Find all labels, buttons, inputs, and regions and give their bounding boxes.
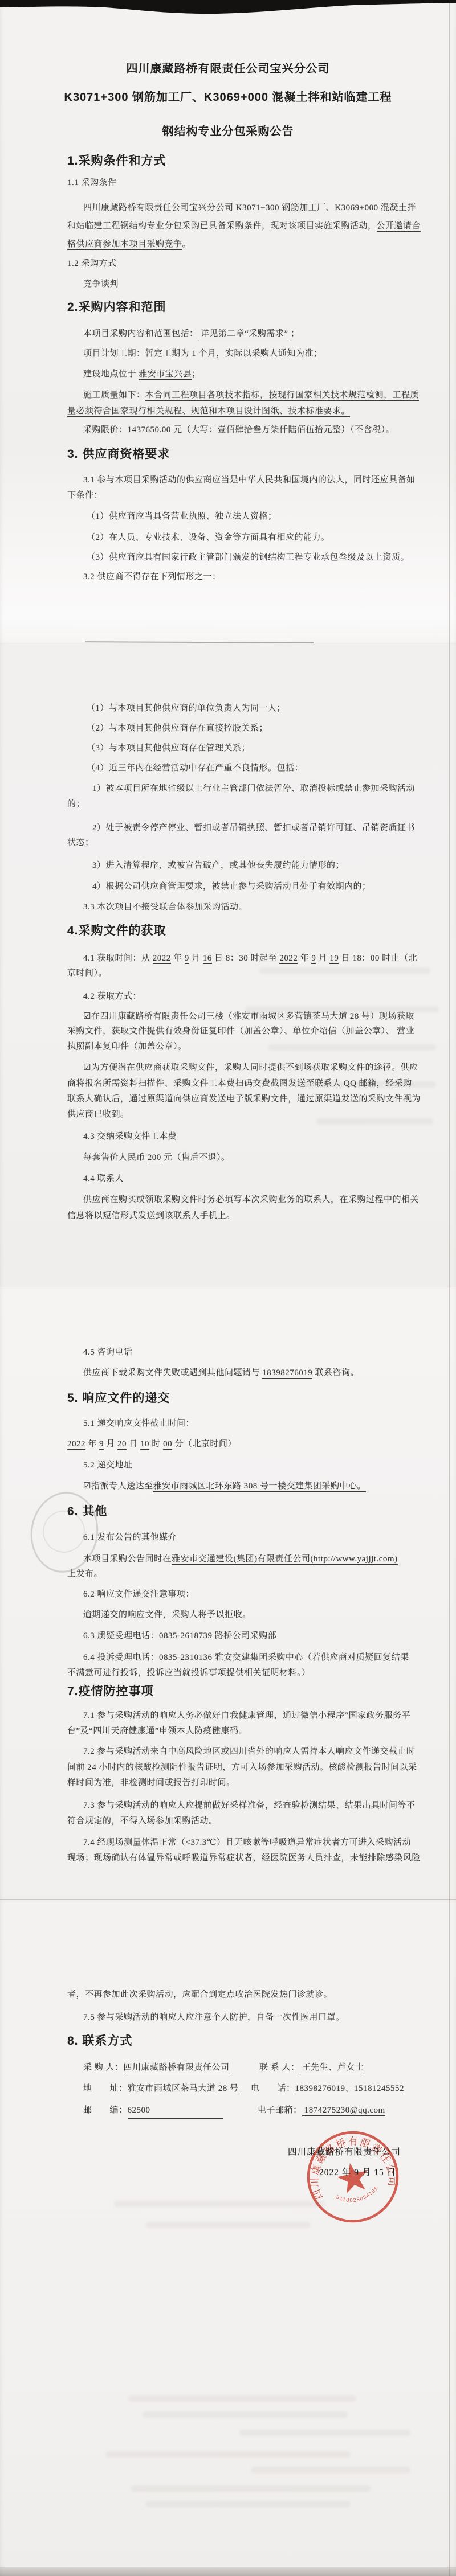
underlined-text: 雅安市雨城区茶马大道 28 号 [128,2084,239,2094]
text-segment: 6.4 投诉受理电话：0835-2310136 雅安交建集团采购中心（若供应商对… [83,1653,409,1662]
text-segment: 间前 24 小时内的核酸检测阴性报告证明，方可入场参加采购活动。核酸检测报告时间… [67,1763,417,1772]
text-line: 逾期递交的响应文件，采购人将予以拒收。 [83,1607,251,1622]
text-line: 执照副本复印件（加盖公章）。 [67,1039,187,1054]
text-line: 7.3 参与采购活动的响应人应提前做好采样准备，经查验检测结果、结果出具时间等不 [83,1798,416,1813]
text-line: 商将报名所需资料扫描件、采购文件工本费扫码交费截图发送至联系人 QQ 邮箱，经采… [67,1076,412,1091]
text-line: 3.1 参与本项目采购活动的供应商应当是中华人民共和国境内的法人，同时还应具备如 [83,473,416,487]
scan-edge-right-line [449,0,450,2576]
text-line: 符合规定的，不得入场参加采购活动。 [67,1814,218,1828]
bleed-through-text [131,2485,370,2492]
text-segment: 采 购 人： [83,2063,124,2072]
page-break-line-3 [0,1899,456,1900]
text-segment: 四川康藏路桥有限责任公司宝兴分公司 K3071+300 钢筋加工厂、K3069+… [83,203,416,212]
text-segment: ； [192,370,201,379]
section-heading: 8. 联系方式 [67,2034,132,2049]
text-segment: 竞争谈判 [83,280,119,289]
text-segment: 7.4 经现场测量体温正常（<37.3℃）且无咳嗽等呼吸道异常症状者方可进入采购… [83,1838,411,1847]
document-page-3: 4.5 咨询电话供应商下载采购文件失败或遇到其他问题请与 18398276019… [0,1287,456,1900]
section-heading: 7.疫情防控事项 [67,1684,154,1699]
text-segment: 3. 供应商资格要求 [67,448,170,461]
text-segment: 本项目采购公告同时在 [83,1554,172,1564]
text-line: 3.2 供应商不得存在下列情形之一： [83,569,221,584]
text-segment: 采购文件，获取文件提供有效身份证复印件（加盖公章）、单位介绍信（加盖公章）、 营… [67,1027,414,1036]
text-line: 4.3 交纳采购文件工本费 [83,1129,177,1144]
text-line: 6.2 响应文件递交注意事项： [83,1587,194,1602]
text-segment: 月 [189,954,203,963]
text-segment: 3.1 参与本项目采购活动的供应商应当是中华人民共和国境内的法人，同时还应具备如 [83,475,416,485]
text-segment: 下条件： [67,491,103,500]
text-line: 每套售价人民币 200 元（售后不退）。 [83,1150,230,1165]
text-segment: 7.5 参与采购活动的响应人应注意个人防护，自备一次性医用口罩。 [83,2013,345,2022]
text-segment: 采购限价：1437650.00 元（大写：壹佰肆拾叁万柒仟陆佰伍拾元整）（不含税… [83,425,394,434]
section-heading: 1.采购条件和方式 [67,154,166,169]
text-line: 的； [67,797,85,811]
text-line: 信息将以短信形式发送到该联系人手机上。 [67,1208,235,1223]
bleed-through-text [239,2430,410,2436]
bleed-through-text [142,2411,348,2418]
text-segment: 建设地点位于 [83,370,139,379]
document-title-line: 四川康藏路桥有限责任公司宝兴分公司 [0,61,456,76]
text-segment: 地 址： [83,2084,128,2093]
text-line: 本项目采购公告同时在雅安市交通建设(集团)有限责任公司(http://www.y… [83,1552,398,1566]
text-line: 4.1 获取时间：从 2022 年 9 月 16 日 8：30 时起至 2022… [83,951,417,966]
text-segment: 状态； [67,838,94,847]
text-segment: 日 8：30 时起至 [212,954,280,963]
text-line: 3.3 本次项目不接受联合体参加采购活动。 [83,900,247,914]
text-segment: 1.2 采购方式 [67,259,117,268]
underlined-text: 9 [99,1439,104,1450]
text-line: 现场；现场确认有体温异常或呼吸道异常症状者，经医院医务人员排查，未能排除感染风险 [67,1851,421,1865]
text-line: 施工质量如下：本合同工程项目各项技术指标，按现行国家相关技术规范检测，工程质 [83,388,419,403]
stamp-number-arc-text: 5118025034105 [334,2184,381,2207]
underlined-text: 200 [148,1153,161,1163]
underlined-text: 2022 [67,1439,85,1450]
text-segment: 4.采购文件的获取 [67,924,166,937]
text-segment: 月 [104,1439,117,1449]
text-segment: （3）与本项目其他供应商存在管理关系； [87,744,250,753]
bleed-through-text [268,1044,436,1051]
underlined-text: 9 [185,954,189,964]
text-segment: 4.4 联系人 [83,1174,124,1183]
underlined-text: 20 [117,1439,127,1450]
text-segment: 4.3 交纳采购文件工本费 [83,1132,177,1141]
text-line: 1.1 采购条件 [67,175,117,190]
text-segment: （4）近三年内在经营活动中存在严重不良情形。包括： [87,764,303,773]
document-title-line: 钢结构专业分包采购公告 [0,124,456,139]
bleed-through-text [259,967,430,974]
text-line: ☑指派专人送达至雅安市雨城区北环东路 308 号一楼交建集团采购中心。 [83,1479,366,1494]
text-segment: （1）供应商应当具备营业执照、独立法人资格； [87,512,277,521]
text-segment: 逾期递交的响应文件，采购人将予以拒收。 [83,1610,251,1619]
text-segment: ☑为方便潜在供应商获取采购文件，采购人同时提供不到场获取采购文件的途径。供应 [83,1063,418,1072]
text-segment: （3）供应商应具有国家行政主管部门颁发的钢结构工程专业承包叁级及以上资质。 [87,553,409,562]
text-segment: 现场；现场确认有体温异常或呼吸道异常症状者，经医院医务人员排查，未能排除感染风险 [67,1853,421,1863]
text-line: 6.4 投诉受理电话：0835-2310136 雅安交建集团采购中心（若供应商对… [83,1650,409,1665]
text-segment: 台”及“四川天府健康通”申领本人防疫健康码。 [67,1726,247,1736]
text-segment: 5.2 递交地址 [83,1461,133,1470]
text-segment: 4.1 获取时间：从 [83,954,153,963]
bleed-through-text [128,2395,356,2402]
text-line: 6.1 发布公告的其他媒介 [83,1530,177,1545]
text-segment: 样时间为准，非检测时间或报告打印时间。 [67,1778,235,1787]
text-segment: 4.5 咨询电话 [83,1348,133,1357]
text-line: 5.1 递交响应文件截止时间： [83,1416,194,1431]
underlined-text: 四川康藏路桥有限责任公司 [124,2063,230,2073]
text-segment: 供应商下载采购文件失败或遇到其他问题请与 [83,1368,262,1377]
text-line: 2022 年 9 月 20 日 10 时 00 分（北京时间） [67,1437,237,1451]
underlined-text: 16 [203,954,212,964]
text-line: 7.5 参与采购活动的响应人应注意个人防护，自备一次性医用口罩。 [83,2010,345,2025]
text-segment: 3.3 本次项目不接受联合体参加采购活动。 [83,903,247,912]
scanned-document: { "document": { "kind": "采购公告 (scanned)"… [0,0,456,2576]
underlined-text: 详见第二章“采购需求” [198,329,291,339]
text-segment: 商将报名所需资料扫描件、采购文件工本费扫码交费截图发送至联系人 QQ 邮箱，经采… [67,1079,412,1088]
underlined-text: 王先生、芦女士 [300,2063,364,2073]
text-segment: 日 18：00 时止（北 [339,954,417,963]
bleed-through-text [105,2451,351,2458]
text-segment: 执照副本复印件（加盖公章）。 [67,1042,187,1051]
text-segment: 京时间）。 [67,969,107,978]
bleed-through-text [145,2222,311,2228]
document-page-1: 四川康藏路桥有限责任公司宝兴分公司K3071+300 钢筋加工厂、K3069+0… [0,0,456,643]
underlined-text: 18398276019 [262,1368,312,1379]
underlined-text: 雅安市交通建设(集团)有限责任公司(http://www.yajjjt.com) [172,1554,398,1565]
text-segment: （2）在人员、专业技术、设备、资金等方面具有相应的能力。 [87,533,330,542]
text-line: （1）供应商应当具备营业执照、独立法人资格； [87,509,277,524]
text-line: 和站临建工程钢结构专业分包采购已具备采购条件，现对该项目实施采购活动，公开邀请合 [67,219,421,233]
text-line: 采购文件，获取文件提供有效身份证复印件（加盖公章）、单位介绍信（加盖公章）、 营… [67,1024,414,1039]
underlined-text: 2022 [153,954,171,964]
text-line: 4）根据公司供应商管理要求，被禁止参与采购活动且处于有效期内的； [92,879,371,894]
text-segment: 年 [171,954,185,963]
section-heading: 2.采购内容和范围 [67,300,166,315]
text-line: 6.3 质疑受理电话：0835-2618739 路桥公司采购部 [83,1629,276,1643]
bleed-through-text [251,2467,410,2473]
text-line: 联 系 人： 王先生、芦女士 [259,2060,364,2075]
text-line: ☑为方便潜在供应商获取采购文件，采购人同时提供不到场获取采购文件的途径。供应 [83,1060,418,1075]
text-line: ☑在四川康藏路桥有限责任公司三楼（雅安市雨城区多营镇茶马大道 28 号）现场获取 [83,1009,414,1024]
underlined-text: 19 [329,954,339,964]
text-line: 下条件： [67,488,103,503]
text-segment: 上发布。 [67,1569,103,1578]
text-line: （2）与本项目其他供应商存在直接控股关系； [87,721,268,736]
text-line: 联系人确认后，通过原渠道向供应商发送电子版采购文件，通过原渠道发送的采购文件视为 [67,1092,421,1106]
company-seal-stamp: 四川康藏路桥有限责任公司 5118025034105 [291,2115,414,2238]
text-line: 上发布。 [67,1566,103,1581]
scan-edge-bottom-shadow [0,2567,456,2576]
text-line: 量必须符合国家现行相关规程、规范和本项目设计图纸、技术标准要求。 [67,404,350,419]
text-segment: 3）进入清算程序，或被宣告破产，或其他丧失履约能力情形的； [92,861,344,870]
underlined-text: 雅安市宝兴县 [139,370,192,380]
text-segment: 2.采购内容和范围 [67,301,166,314]
text-segment: 年 [298,954,311,963]
underlined-text: 1874275230@qq.com [302,2106,385,2116]
text-segment: 电 话： [251,2084,295,2093]
section-heading: 4.采购文件的获取 [67,924,166,938]
text-segment: 供应商在购买或领取采购文件时务必填写本次采购业务的联系人，在采购过程中的相关 [83,1195,419,1204]
page-break-line-2 [0,1287,456,1287]
underlined-text: 本合同工程项目各项技术指标，按现行国家相关技术规范检测，工程质 [145,391,420,401]
text-segment: 7.2 参与采购活动来自中高风险地区或四川省外的响应人需持本人响应文件递交截止时 [83,1747,416,1756]
text-segment: 1.1 采购条件 [67,178,117,187]
text-segment: 每套售价人民币 [83,1153,148,1162]
text-line: （4）近三年内在经营活动中存在严重不良情形。包括： [87,761,303,776]
text-line: 建设地点位于 雅安市宝兴县； [83,367,201,382]
stamp-star-icon [335,2160,371,2195]
text-line: 1）被本项目所在地省级以上行业主管部门依法暂停、取消投标或禁止参加采购活动 [92,781,415,796]
text-segment: 7.1 参与采购活动的响应人务必做好自我健康管理，通过微信小程序“国家政务服务平 [83,1711,410,1720]
text-segment: 8. 联系方式 [67,2034,132,2048]
underlined-text: 雅安市雨城区北环东路 308 号一楼交建集团采购中心。 [153,1482,366,1492]
text-segment: 供应商已收到。 [67,1110,129,1119]
text-segment: ☑指派专人送达至 [83,1482,153,1491]
text-segment: 5. 响应文件的递交 [67,1392,170,1405]
document-page-2: （1）与本项目其他供应商的单位负责人为同一人；（2）与本项目其他供应商存在直接控… [0,643,456,1287]
text-line: 采购限价：1437650.00 元（大写：壹佰肆拾叁万柒仟陆佰伍拾元整）（不含税… [83,423,394,437]
text-line: 样时间为准，非检测时间或报告打印时间。 [67,1775,235,1790]
text-line: （3）与本项目其他供应商存在管理关系； [87,741,250,756]
text-segment: 月 [316,954,329,963]
text-segment: 日 [127,1439,140,1449]
text-segment: （2）与本项目其他供应商存在直接控股关系； [87,724,268,733]
text-segment: 信息将以短信形式发送到该联系人手机上。 [67,1211,235,1220]
text-segment: 和站临建工程钢结构专业分包采购已具备采购条件，现对该项目实施采购活动， [67,221,377,231]
text-segment: 邮 编： [83,2106,128,2115]
text-line: 间前 24 小时内的核酸检测阴性报告证明，方可入场参加采购活动。核酸检测报告时间… [67,1760,417,1775]
text-segment: 电子邮箱： [258,2106,302,2115]
text-line: 供应商已收到。 [67,1107,129,1122]
underlined-text: 四川康藏路桥有限责任公司三楼（雅安市雨城区多营镇茶马大道 28 号）现场获取 [100,1012,414,1022]
text-segment: ； [291,329,300,338]
text-line: 格供应商参加本项目采购竞争。 [67,237,191,252]
text-segment: 联系人确认后，通过原渠道向供应商发送电子版采购文件，通过原渠道发送的采购文件视为 [67,1094,421,1104]
text-segment: （1）与本项目其他供应商的单位负责人为同一人； [87,704,286,713]
text-segment: 联 系 人： [259,2063,300,2072]
bleed-through-text [114,2201,325,2207]
text-line: 台”及“四川天府健康通”申领本人防疫健康码。 [67,1724,247,1738]
text-segment: K3071+300 钢筋加工厂、K3069+000 混凝土拌和站临建工程 [64,91,392,104]
text-segment: 6.3 质疑受理电话：0835-2618739 路桥公司采购部 [83,1631,276,1640]
text-segment: 3.2 供应商不得存在下列情形之一： [83,572,221,581]
bleed-through-text [316,1118,433,1125]
text-line: （3）供应商应具有国家行政主管部门颁发的钢结构工程专业承包叁级及以上资质。 [87,550,409,565]
text-segment: 四川康藏路桥有限责任公司宝兴分公司 [127,63,330,75]
text-line: 邮 编： 62500 [83,2103,223,2118]
underlined-text: 62500 [128,2103,223,2119]
underlined-text: 10 [140,1439,149,1450]
text-segment: 联系咨询。 [312,1368,359,1377]
text-segment: 6.1 发布公告的其他媒介 [83,1533,177,1542]
underlined-text: 公开邀请合 [377,221,421,232]
text-line: 不满意可进行投诉，投诉应当就投诉事项提供相关证明材料。） [67,1666,311,1680]
text-segment: 者，不再参加此次采购活动，应配合到定点收治医院发热门诊就诊。 [67,1990,332,1999]
text-segment: 6.2 响应文件递交注意事项： [83,1590,194,1599]
scan-edge-top-black-band [0,0,456,19]
text-line: 项目计划工期：暂定工期为 1 个月，实际以采购人通知为准； [83,346,323,361]
text-line: 四川康藏路桥有限责任公司宝兴分公司 K3071+300 钢筋加工厂、K3069+… [83,200,416,215]
underlined-text: 量必须符合国家现行相关规程、规范和本项目设计图纸、技术标准要求。 [67,407,350,417]
text-segment: 钢结构专业分包采购公告 [162,125,294,138]
text-line: （2）在人员、专业技术、设备、资金等方面具有相应的能力。 [87,530,330,545]
text-line: 者，不再参加此次采购活动，应配合到定点收治医院发热门诊就诊。 [67,1987,332,2002]
text-line: 状态； [67,835,94,850]
text-segment: 4.2 获取方式： [83,992,141,1001]
underlined-text: 2022 [279,954,298,964]
text-segment: 7.疫情防控事项 [67,1685,154,1698]
text-line: 竞争谈判 [83,277,119,292]
text-segment: ☑在 [83,1012,100,1021]
text-line: 本项目采购内容和范围包括： 详见第二章“采购需求” ； [83,326,299,341]
text-segment: 2）处于被责令停产停业、暂扣或者吊销执照、暂扣或者吊销许可证、吊销资质证书 [92,823,415,832]
text-line: 2）处于被责令停产停业、暂扣或者吊销执照、暂扣或者吊销许可证、吊销资质证书 [92,821,415,835]
text-segment: 的； [67,799,85,809]
text-line: 4.2 获取方式： [83,989,141,1004]
text-segment: 4）根据公司供应商管理要求，被禁止参与采购活动且处于有效期内的； [92,882,371,891]
text-segment: 分（北京时间） [172,1439,237,1449]
underlined-text: 格供应商参加本项目采购竞争 [67,240,182,250]
document-page-4: 四川康藏路桥有限责任公司 2022 年 9 月 15 日 四川康藏路桥有限责任公… [0,1900,456,2576]
text-segment: 1.采购条件和方式 [67,154,166,167]
section-heading: 3. 供应商资格要求 [67,447,170,462]
text-line: 7.4 经现场测量体温正常（<37.3℃）且无咳嗽等呼吸道异常症状者方可进入采购… [83,1835,411,1850]
text-segment: 7.3 参与采购活动的响应人应提前做好采样准备，经查验检测结果、结果出具时间等不 [83,1801,416,1810]
text-line: 供应商下载采购文件失败或遇到其他问题请与 18398276019 联系咨询。 [83,1365,359,1380]
section-heading: 5. 响应文件的递交 [67,1391,170,1406]
text-segment: 6. 其他 [67,1505,107,1518]
text-segment: 时 [149,1439,163,1449]
text-line: 采 购 人：四川康藏路桥有限责任公司 [83,2060,230,2075]
text-line: 电子邮箱： 1874275230@qq.com [258,2103,385,2118]
text-segment: 。 [182,240,192,249]
underlined-text: 18398276019、15181245552 [295,2084,405,2094]
text-line: （1）与本项目其他供应商的单位负责人为同一人； [87,701,286,716]
text-line: 供应商在购买或领取采购文件时务必填写本次采购业务的联系人，在采购过程中的相关 [83,1192,419,1207]
document-title-line: K3071+300 钢筋加工厂、K3069+000 混凝土拌和站临建工程 [0,90,456,105]
underlined-text: 00 [163,1439,172,1450]
bleed-through-text [145,2501,351,2507]
text-segment: 施工质量如下： [83,391,145,400]
text-segment: 符合规定的，不得入场参加采购活动。 [67,1816,218,1826]
text-segment: 本项目采购内容和范围包括： [83,329,198,338]
text-segment: 不满意可进行投诉，投诉应当就投诉事项提供相关证明材料。） [67,1668,311,1677]
text-segment: 1）被本项目所在地省级以上行业主管部门依法暂停、取消投标或禁止参加采购活动 [92,784,415,793]
text-segment: 元（售后不退）。 [161,1153,230,1162]
text-line: 7.2 参与采购活动来自中高风险地区或四川省外的响应人需持本人响应文件递交截止时 [83,1744,416,1759]
text-line: 5.2 递交地址 [83,1458,133,1472]
text-segment: 5.1 递交响应文件截止时间： [83,1419,194,1428]
text-line: 京时间）。 [67,966,107,981]
text-line: 4.5 咨询电话 [83,1345,133,1360]
text-line: 电 话：18398276019、15181245552 [251,2081,404,2096]
text-line: 3）进入清算程序，或被宣告破产，或其他丧失履约能力情形的； [92,858,344,873]
text-line: 4.4 联系人 [83,1171,124,1186]
text-segment: 年 [85,1439,99,1449]
text-line: 7.1 参与采购活动的响应人务必做好自我健康管理，通过微信小程序“国家政务服务平 [83,1708,410,1723]
text-segment: 项目计划工期：暂定工期为 1 个月，实际以采购人通知为准； [83,349,323,358]
section-heading: 6. 其他 [67,1504,107,1519]
text-line: 1.2 采购方式 [67,256,117,271]
text-line: 地 址：雅安市雨城区茶马大道 28 号 [83,2081,239,2096]
